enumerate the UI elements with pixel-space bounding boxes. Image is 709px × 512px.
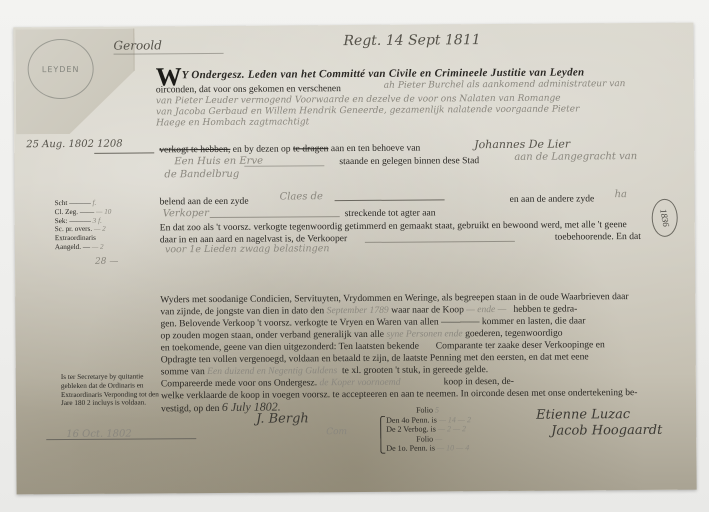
- circular-stamp: LEYDEN: [27, 39, 93, 99]
- divider: [114, 53, 224, 55]
- tax-row: Scht ——— f.: [55, 199, 112, 208]
- paragraph2-line7-end: toebehoorende. En dat: [555, 231, 641, 243]
- header-handwriting-left: Geroold: [113, 38, 162, 52]
- printed-text: aan en ten behoeve van: [331, 143, 421, 155]
- tax-margin-block: Scht ——— f. Cl. Zeg. —— — 10 Sek: ——— 3 …: [55, 199, 112, 252]
- tax-table-row: De 1o. Penn. is — 10 — 4: [386, 443, 471, 453]
- divider: [244, 165, 324, 167]
- paragraph3-line6: Opdragte ten vollen vergenoegd, voldaan …: [161, 351, 589, 366]
- tax-row: Sek: ——— 3 f.: [55, 216, 112, 225]
- divider: [365, 241, 515, 243]
- paragraph1-line1: oirconden, dat voor ons gekomen en versc…: [156, 83, 341, 96]
- tax-row: Cl. Zeg. —— — 10: [55, 207, 112, 216]
- belend-label: belend aan de een zyde: [160, 196, 249, 208]
- deed-document: LEYDEN Geroold Regt. 14 Sept 1811 W Y On…: [13, 23, 696, 495]
- divider: [46, 438, 196, 440]
- transfer-tax-table: Folio 5 Den 4o Penn. is — 14 — 2 De 2 Ve…: [386, 405, 471, 453]
- signature-left: J. Bergh: [256, 411, 309, 426]
- andere-zyde-label: en aan de andere zyde: [510, 193, 595, 205]
- struck-text: verkogt te hebben,: [159, 144, 230, 155]
- tax-table-row: Folio 5: [386, 405, 471, 415]
- tax-row: Extraordinaris: [55, 234, 112, 243]
- tax-table-row: Folio —: [386, 434, 471, 444]
- divider: [335, 199, 445, 201]
- buyer-name: Johannes De Lier: [474, 137, 570, 151]
- neighbour-two: ha: [615, 189, 627, 200]
- handwritten-line: ah Pieter Burchel als aankomend administ…: [384, 79, 626, 91]
- signature-right-2: Jacob Hoogaardt: [551, 423, 662, 439]
- signature-left-suffix: Com: [326, 427, 347, 437]
- property-location: aan de Langegracht van: [514, 151, 637, 163]
- handwritten-line: van Jacoba Gerbaud en Willem Hendrik Gen…: [156, 104, 579, 117]
- tax-table-row: De 2 Verbog. is — 2 — 2: [386, 424, 471, 434]
- archive-number-oval: 1836: [652, 199, 678, 237]
- header-handwriting-center: Regt. 14 Sept 1811: [343, 32, 480, 49]
- bracket: [380, 416, 385, 454]
- tax-total: 28 —: [95, 257, 118, 267]
- divider: [210, 216, 340, 218]
- printed-text: en by dezen op: [233, 143, 291, 154]
- encumbrance-note: voor 1e Lieden zwaag belastingen: [165, 243, 330, 255]
- secretary-note: Is ter Secretarye by quitantie gebleken …: [61, 372, 159, 408]
- handwritten-line: Haege en Hombach zagtmachtigt: [156, 117, 309, 128]
- divider: [94, 152, 154, 153]
- tax-table-row: Den 4o Penn. is — 14 — 2: [386, 415, 471, 425]
- neighbour-one: Claes de: [280, 191, 323, 202]
- property-location-cont: de Bandelbrug: [164, 169, 239, 181]
- tax-row: Aangeld. — — 2: [55, 243, 112, 252]
- streckende-label: streckende tot agter aan: [345, 207, 436, 219]
- paragraph2-line2: staande en gelegen binnen dese Stad: [339, 155, 479, 168]
- tax-row: Sc. pr. overs. — 2: [55, 225, 112, 234]
- rear-boundary: Verkoper: [163, 208, 209, 219]
- margin-note: 25 Aug. 1802 1208: [26, 139, 122, 151]
- signature-right-1: Etienne Luzac: [536, 407, 630, 423]
- struck-text: te dragen: [293, 143, 329, 154]
- paragraph2-line1: verkogt te hebben, en by dezen op te dra…: [159, 143, 420, 156]
- archive-number: 1836: [658, 208, 671, 228]
- stamp-text: LEYDEN: [42, 64, 80, 73]
